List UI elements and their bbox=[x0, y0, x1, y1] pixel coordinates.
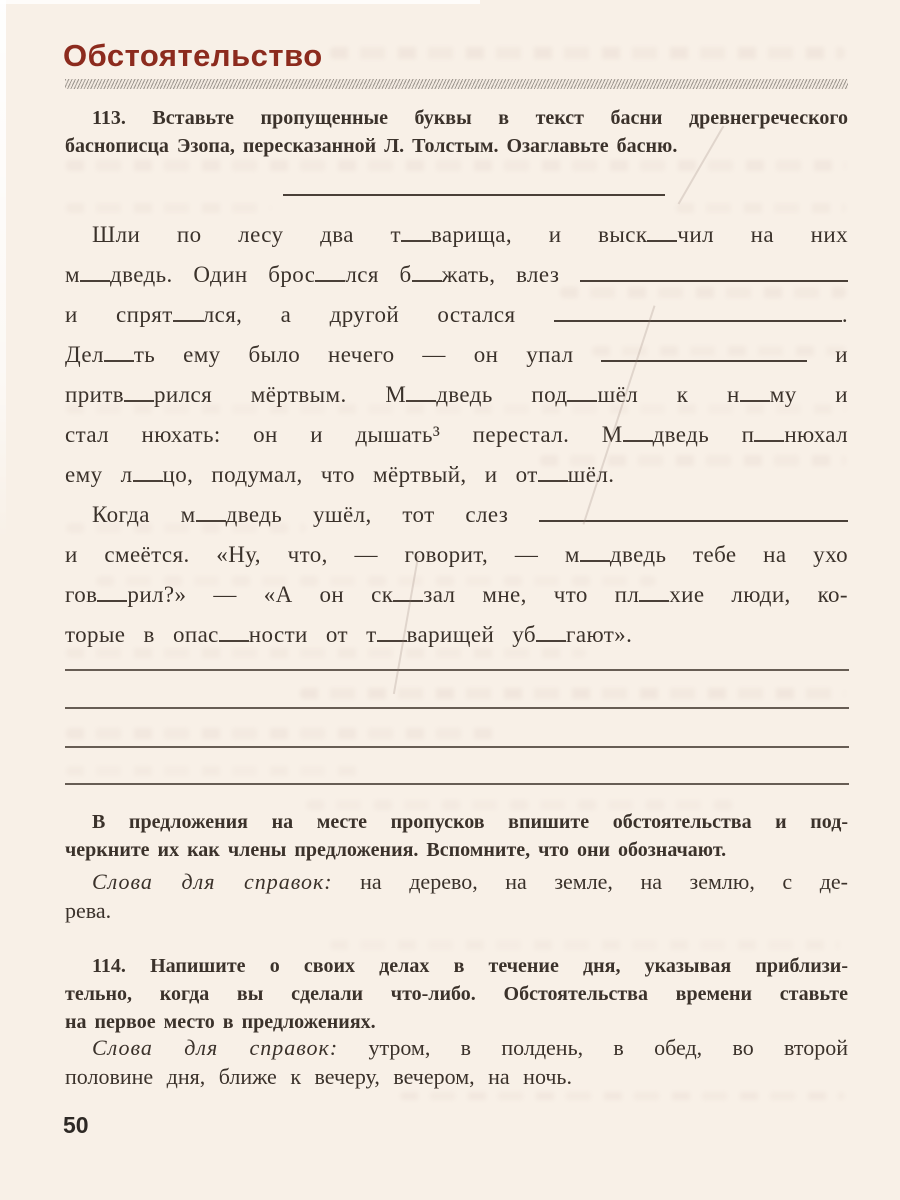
fill-in-blank bbox=[580, 278, 848, 282]
fill-in-blank bbox=[536, 638, 566, 642]
writing-line bbox=[65, 783, 849, 785]
fable-line: стал нюхать: он и дышать³ перестал. Мдве… bbox=[65, 415, 848, 455]
fill-in-blank bbox=[554, 318, 842, 322]
fill-in-blank bbox=[97, 598, 127, 602]
fable-line: и спрятлся, а другой остался . bbox=[65, 295, 848, 335]
fill-in-blank bbox=[315, 278, 345, 282]
writing-line bbox=[65, 707, 849, 709]
fable-line: Шли по лесу два тварища, и выскчил на ни… bbox=[65, 215, 848, 255]
fill-in-blank bbox=[740, 398, 770, 402]
fill-in-blank bbox=[80, 278, 110, 282]
bleed-through-artifact bbox=[306, 800, 736, 810]
bleed-through-artifact bbox=[66, 766, 366, 776]
reference-words-line: Слова для справок: на дерево, на земле, … bbox=[65, 867, 848, 896]
bleed-through-artifact bbox=[66, 160, 846, 171]
words-for-reference-label: Слова для справок: bbox=[92, 869, 333, 894]
bleed-through-artifact bbox=[330, 940, 840, 950]
reference-words-line: половине дня, ближе к вечеру, вечером, н… bbox=[65, 1062, 848, 1091]
exercise-113-instruction: 113. Вставьте пропущенные буквы в текст … bbox=[65, 104, 848, 160]
bleed-through-artifact bbox=[66, 523, 306, 533]
instruction-line: 113. Вставьте пропущенные буквы в текст … bbox=[65, 104, 848, 132]
fill-in-blank bbox=[401, 238, 431, 242]
section-divider bbox=[65, 79, 848, 89]
bleed-through-artifact bbox=[400, 1092, 845, 1100]
bleed-through-artifact bbox=[66, 728, 496, 739]
reference-words-line: рева. bbox=[65, 896, 848, 925]
fill-in-blank bbox=[623, 438, 653, 442]
bleed-through-artifact bbox=[96, 576, 656, 586]
exercise-114-instruction: 114. Напишите о своих делах в течение дн… bbox=[65, 952, 848, 1036]
words-for-reference-label: Слова для справок: bbox=[92, 1035, 338, 1060]
words-for-reference-114: Слова для справок: утром, в полдень, в о… bbox=[65, 1033, 848, 1091]
bleed-through-artifact bbox=[66, 648, 586, 658]
page-title: Обстоятельство bbox=[63, 38, 323, 74]
instruction-line: на первое место в предложениях. bbox=[65, 1008, 848, 1036]
scan-edge-top bbox=[0, 0, 480, 4]
fill-in-blank bbox=[580, 558, 610, 562]
bleed-through-artifact bbox=[560, 287, 846, 298]
fill-in-blank bbox=[647, 238, 677, 242]
fill-in-blank bbox=[173, 318, 203, 322]
page-number: 50 bbox=[63, 1112, 89, 1139]
fable-title-blank-line bbox=[283, 194, 665, 196]
bleed-through-artifact bbox=[66, 203, 271, 213]
fill-in-blank bbox=[196, 518, 226, 522]
workbook-page: Обстоятельство 113. Вставьте пропущенные… bbox=[0, 0, 900, 1200]
fill-in-blank bbox=[567, 398, 597, 402]
fill-in-blank bbox=[133, 478, 163, 482]
bleed-through-artifact bbox=[592, 346, 846, 356]
fill-in-blank bbox=[754, 438, 784, 442]
instruction-line: В предложения на месте пропусков впишите… bbox=[65, 808, 848, 836]
reference-words-line: Слова для справок: утром, в полдень, в о… bbox=[65, 1033, 848, 1062]
bleed-through-artifact bbox=[540, 455, 846, 466]
bleed-through-artifact bbox=[300, 688, 845, 699]
writing-line bbox=[65, 669, 849, 671]
fill-in-blank bbox=[538, 478, 568, 482]
instruction-line: черкните их как члены предложения. Вспом… bbox=[65, 836, 848, 864]
fill-in-blank bbox=[104, 358, 134, 362]
instruction-line: 114. Напишите о своих делах в течение дн… bbox=[65, 952, 848, 980]
fill-in-blank bbox=[406, 398, 436, 402]
instruction-line: баснописца Эзопа, пересказанной Л. Толст… bbox=[65, 132, 848, 160]
bleed-through-artifact bbox=[676, 203, 846, 213]
instruction-line: тельно, когда вы сделали что-либо. Обсто… bbox=[65, 980, 848, 1008]
bleed-through-artifact bbox=[330, 47, 845, 59]
fill-in-blank bbox=[639, 598, 669, 602]
fill-in-blank bbox=[219, 638, 249, 642]
writing-line bbox=[65, 746, 849, 748]
fable-text: Шли по лесу два тварища, и выскчил на ни… bbox=[65, 215, 848, 655]
scan-edge-left bbox=[0, 0, 6, 540]
bleed-through-artifact bbox=[66, 404, 846, 414]
fable-line: и смеётся. «Ну, что, — говорит, — мдведь… bbox=[65, 535, 848, 575]
words-for-reference-113: Слова для справок: на дерево, на земле, … bbox=[65, 867, 848, 925]
fill-in-blank bbox=[124, 398, 154, 402]
fill-in-blank bbox=[412, 278, 442, 282]
task-113-followup-instruction: В предложения на месте пропусков впишите… bbox=[65, 808, 848, 864]
fill-in-blank bbox=[601, 358, 807, 362]
